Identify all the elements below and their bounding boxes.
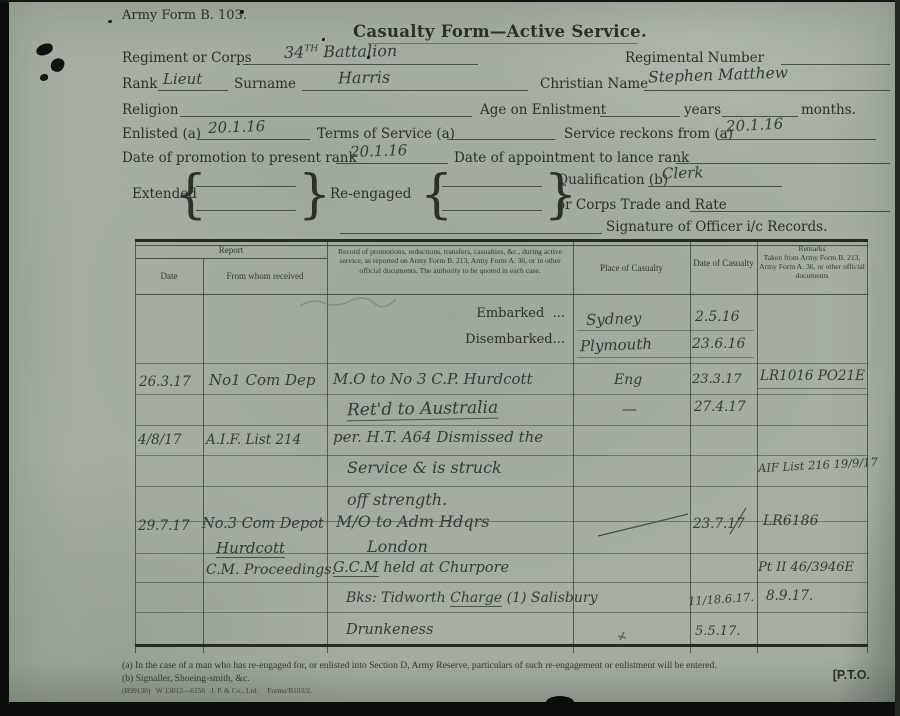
footnote-b: (b) Signaller, Shoeing-smith, &c. xyxy=(122,673,250,684)
christian-name-blank xyxy=(644,90,890,91)
from-whom-header: From whom received xyxy=(203,271,327,281)
months-label: months. xyxy=(801,102,856,118)
reckons-label: Service reckons from (a) xyxy=(564,126,733,142)
lance-blank xyxy=(676,163,890,164)
embark-place: Sydney xyxy=(586,309,642,329)
row-f-date: 29.7.17 xyxy=(138,518,190,534)
date-of-casualty-header: Date of Casualty xyxy=(690,258,757,269)
reengaged-line-2 xyxy=(442,210,542,211)
remarks-header-sub: Taken from Army Form B. 213, Army Form A… xyxy=(759,253,865,280)
print-code: (B99130) W 13012—6156 J. P. & Co., Ltd. … xyxy=(122,686,312,695)
report-header: Report xyxy=(135,245,327,255)
row-g-record: London xyxy=(367,537,428,556)
table-bottom-heavy-rule xyxy=(135,644,868,647)
row-i-record-a: Bks: Tidworth xyxy=(346,590,450,606)
form-title: Casualty Form—Active Service. xyxy=(280,22,720,41)
surname-blank xyxy=(302,90,528,91)
reengaged-label: Re-engaged xyxy=(330,186,411,202)
row-line-2 xyxy=(135,394,868,395)
row-h-record-rest: held at Churpore xyxy=(379,560,509,576)
promotion-value: 20.1.16 xyxy=(350,141,408,161)
enlisted-value: 20.1.16 xyxy=(208,117,266,137)
row-h-record: G.C.M held at Churpore xyxy=(333,560,509,576)
rank-label: Rank xyxy=(122,76,157,92)
row-i-record-c: (1) Salisbury xyxy=(502,590,597,606)
row-h-record-gcm: G.C.M xyxy=(333,560,379,577)
row-a-date: 26.3.17 xyxy=(139,374,191,390)
row-h-from: C.M. Proceedings. xyxy=(206,562,336,578)
row-b-record: Ret'd to Australia xyxy=(347,398,499,422)
row-f-record: M/O to Adm Hdqrs xyxy=(336,512,489,531)
surname-label: Surname xyxy=(234,76,296,92)
reckons-value: 20.1.16 xyxy=(726,115,784,136)
extended-brace-open: { xyxy=(174,170,207,220)
rank-blank xyxy=(158,90,228,91)
enlisted-label: Enlisted (a) xyxy=(122,126,201,142)
row-a-remarks: LR1016 PO21E xyxy=(760,368,865,384)
row-line-1 xyxy=(135,363,868,364)
scan-edge-bump xyxy=(546,696,574,709)
age-label: Age on Enlistment xyxy=(480,102,606,118)
title-rule xyxy=(368,43,638,44)
extended-line-1 xyxy=(196,186,296,187)
row-i-record-charge: Charge xyxy=(450,590,502,607)
reengaged-line-1 xyxy=(442,186,542,187)
row-c-date: 4/8/17 xyxy=(138,432,181,448)
qualification-blank xyxy=(648,186,782,187)
years-label: years xyxy=(684,102,721,118)
signature-blank xyxy=(340,233,602,234)
row-line-5 xyxy=(135,486,868,487)
row-line-3 xyxy=(135,425,868,426)
scan-edge-left xyxy=(0,0,9,716)
col-divider-doc xyxy=(757,241,758,653)
row-line-9 xyxy=(135,612,868,613)
reckons-blank xyxy=(718,139,876,140)
row-a-from: No1 Com Dep xyxy=(209,371,315,389)
regiment-rest: Battalion xyxy=(318,41,397,61)
religion-blank xyxy=(180,116,472,117)
row-a-place: Eng xyxy=(614,372,642,388)
religion-label: Religion xyxy=(122,102,179,118)
extended-line-2 xyxy=(196,210,296,211)
disembark-entry-line xyxy=(577,357,754,358)
embark-date: 2.5.16 xyxy=(695,309,740,325)
regiment-label: Regiment or Corps xyxy=(122,50,252,66)
row-j-record: Drunkeness xyxy=(346,622,433,638)
enlisted-blank xyxy=(198,139,310,140)
col-divider-fromwhom xyxy=(327,241,328,653)
row-b-doc: 27.4.17 xyxy=(694,399,746,415)
disembarked-label: Disembarked... xyxy=(420,332,565,347)
qualification-value: Clerk xyxy=(662,163,704,182)
disembark-place: Plymouth xyxy=(580,335,653,356)
scan-edge-bottom xyxy=(0,702,900,716)
regimental-number-label: Regimental Number xyxy=(625,50,764,66)
terms-label: Terms of Service (a) xyxy=(317,126,455,142)
row-line-4 xyxy=(135,455,868,456)
footnote-a: (a) In the case of a man who has re-enga… xyxy=(122,660,882,671)
row-e-record: off strength. xyxy=(347,490,447,509)
extended-brace-close: } xyxy=(298,170,331,220)
row-i-record: Bks: Tidworth Charge (1) Salisbury xyxy=(346,590,598,606)
date-header: Date xyxy=(135,271,203,281)
corps-trade-blank xyxy=(690,211,890,212)
embark-entry-line xyxy=(577,330,754,331)
surname-value: Harris xyxy=(338,68,390,88)
row-f-doc: 23.7.17 xyxy=(693,516,745,532)
terms-blank xyxy=(447,139,555,140)
place-header: Place of Casualty xyxy=(573,263,690,273)
promotion-label: Date of promotion to present rank xyxy=(122,150,357,166)
table-top-heavy-rule xyxy=(135,239,868,242)
form-number: Army Form B. 103. xyxy=(122,8,247,23)
remarks-header: Remarks Taken from Army Form B. 213, Arm… xyxy=(759,244,865,280)
row-g-from: Hurdcott xyxy=(216,539,285,558)
regiment-blank xyxy=(243,64,478,65)
row-a-doc: 23.3.17 xyxy=(692,372,742,387)
row-i-remarks: 8.9.17. xyxy=(766,588,813,604)
regiment-ordinal: TH xyxy=(304,44,318,54)
age-blank xyxy=(600,116,680,117)
row-d-record: Service & is struck xyxy=(347,458,502,477)
row-h-remarks: Pt II 46/3946E xyxy=(758,560,854,575)
row-line-8 xyxy=(135,582,868,583)
header-bottom-rule xyxy=(135,294,868,295)
row-j-doc: 5.5.17. xyxy=(695,624,740,639)
embarked-label: Embarked ... xyxy=(420,306,565,321)
reengaged-brace-open: { xyxy=(420,170,453,220)
record-header: Record of promotions, reductions, transf… xyxy=(331,247,569,275)
scanned-document-page: Army Form B. 103. Casualty Form—Active S… xyxy=(0,0,900,716)
disembark-date: 23.6.16 xyxy=(692,336,745,352)
scan-edge-right xyxy=(895,0,900,716)
row-c-record: per. H.T. A64 Dismissed the xyxy=(333,428,543,446)
pto-label: [P.T.O. xyxy=(800,668,870,682)
regimental-number-blank xyxy=(781,64,890,65)
promotion-blank xyxy=(336,163,448,164)
row-a-remarks-underline xyxy=(758,388,866,389)
regiment-num: 34 xyxy=(284,43,305,62)
table-border-right xyxy=(867,241,868,653)
regiment-value: 34TH Battalion xyxy=(284,41,397,62)
christian-name-label: Christian Name xyxy=(540,76,648,92)
scan-edge-top xyxy=(0,0,900,2)
row-c-from: A.I.F. List 214 xyxy=(206,432,301,448)
remarks-header-title: Remarks xyxy=(759,244,865,253)
col-divider-place xyxy=(690,241,691,653)
row-b-place-dash: — xyxy=(622,400,637,418)
report-underline xyxy=(135,258,327,259)
signature-label: Signature of Officer i/c Records. xyxy=(606,219,827,235)
lance-label: Date of appointment to lance rank xyxy=(454,150,689,166)
rank-value: Lieut xyxy=(163,70,202,88)
table-border-left xyxy=(135,241,136,653)
row-f-from: No.3 Com Depot xyxy=(202,516,324,532)
row-f-remarks: LR6186 xyxy=(763,513,818,529)
row-a-record: M.O to No 3 C.P. Hurdcott xyxy=(333,370,533,388)
